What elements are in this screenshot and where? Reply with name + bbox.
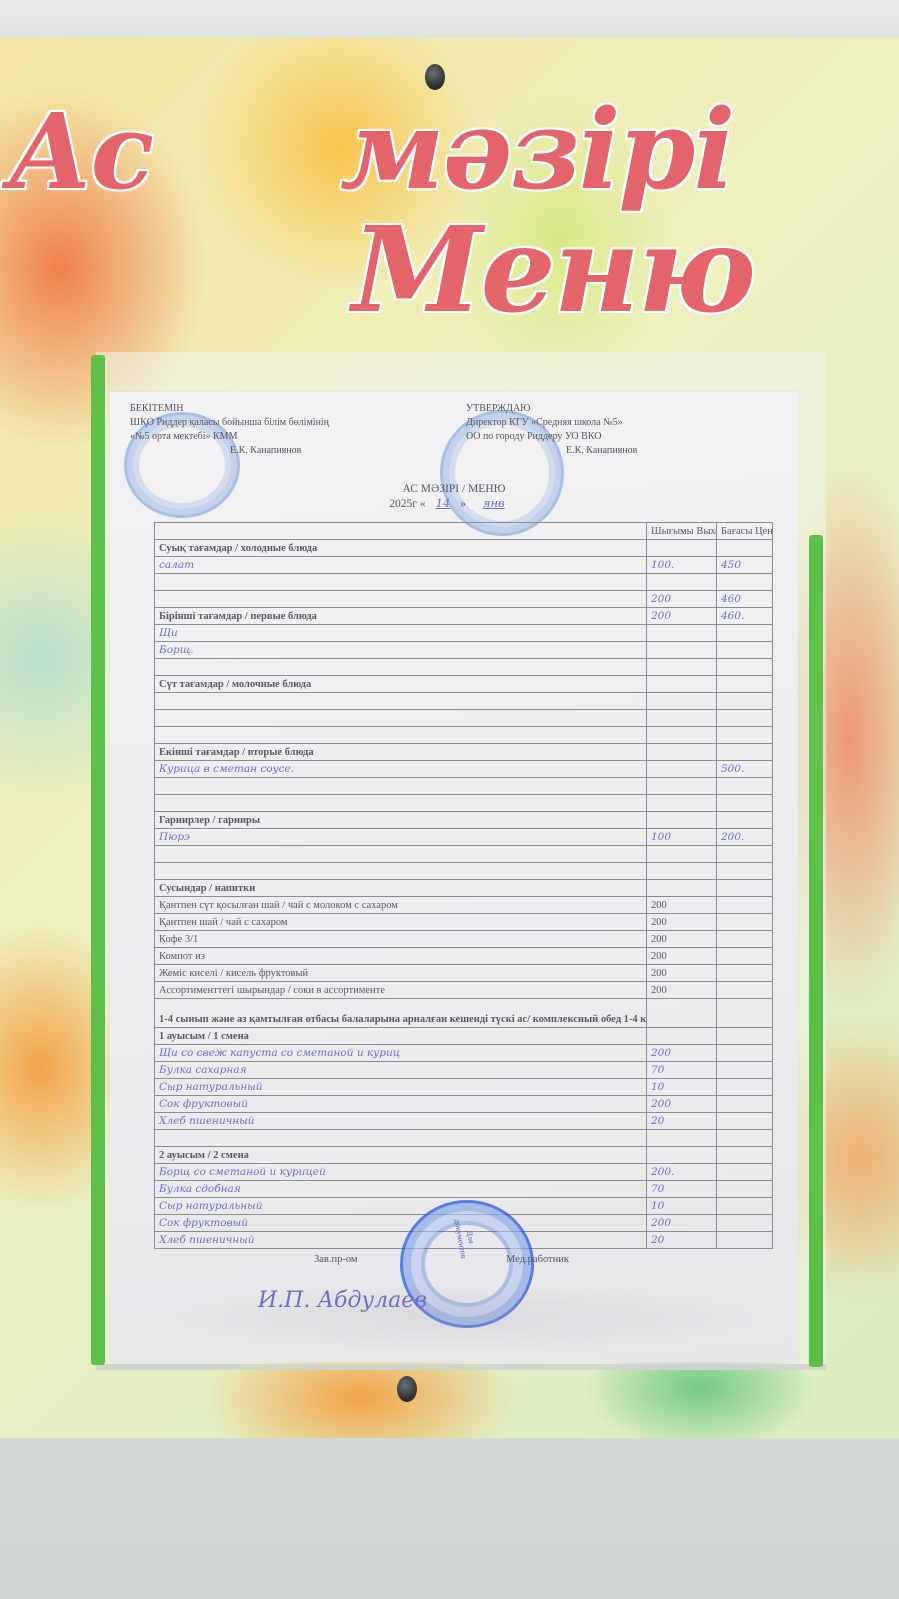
pushpin-bottom (397, 1376, 417, 1402)
dish-name-cell: Қантпен шай / чай с сахаром (155, 914, 647, 931)
table-row: Булка сдобная70 (155, 1181, 773, 1198)
price-cell (717, 625, 773, 642)
dish-name-cell: 2 ауысым / 2 смена (155, 1147, 647, 1164)
price-cell (717, 710, 773, 727)
dish-name-cell: Борщ. (155, 642, 647, 659)
output-cell: 200 (647, 591, 717, 608)
output-cell (647, 795, 717, 812)
poster-title-menu: Меню (352, 200, 754, 339)
dish-name-cell: Кофе 3/1 (155, 931, 647, 948)
dish-name-cell: Булка сдобная (155, 1181, 647, 1198)
price-cell (717, 1181, 773, 1198)
output-cell (647, 1147, 717, 1164)
approval-line: ШҚО Риддер қаласы бойынша білім бөліміні… (130, 416, 390, 430)
table-section-row: Суық тағамдар / холодные блюда (155, 540, 773, 557)
table-section-row: Бірінші тағамдар / первые блюда200460. (155, 608, 773, 625)
output-cell (647, 540, 717, 557)
table-row: Борщ. (155, 642, 773, 659)
price-cell (717, 693, 773, 710)
table-row: Пюрэ100200. (155, 829, 773, 846)
price-cell (717, 1232, 773, 1249)
price-cell (717, 880, 773, 897)
output-cell: 200 (647, 1045, 717, 1062)
output-cell (647, 642, 717, 659)
smudge (150, 1282, 770, 1352)
dish-name-cell: Хлеб пшеничный (155, 1232, 647, 1249)
date-day: 14 (426, 496, 461, 510)
approval-block-right: УТВЕРЖДАЮ Директор КГУ «Средняя школа №5… (466, 402, 726, 458)
table-blank-row (155, 693, 773, 710)
output-cell: 200. (647, 1164, 717, 1181)
poster-title-maziri: мәзірі (340, 85, 733, 214)
dish-name-cell: Сок фруктовый (155, 1096, 647, 1113)
price-cell (717, 897, 773, 914)
output-cell: 10 (647, 1079, 717, 1096)
price-cell (717, 846, 773, 863)
dish-name-cell: Сок фруктовый (155, 1215, 647, 1232)
dish-name-cell: Ассортименттегі шырындар / соки в ассорт… (155, 982, 647, 999)
price-cell (717, 676, 773, 693)
menu-table: Шығымы Выход Бағасы Цена Суық тағамдар /… (154, 522, 773, 1249)
approval-line: Директор КГУ «Средняя школа №5» (466, 416, 726, 430)
output-cell: 200 (647, 1215, 717, 1232)
table-blank-row (155, 778, 773, 795)
price-cell: 500. (717, 761, 773, 778)
output-cell (647, 880, 717, 897)
dish-name-cell: Курица в сметан соусе. (155, 761, 647, 778)
output-cell: 200 (647, 914, 717, 931)
price-cell (717, 1045, 773, 1062)
table-blank-row (155, 1130, 773, 1147)
output-cell: 200 (647, 608, 717, 625)
poster-title-as: Ас (8, 90, 152, 213)
table-section-row: Сүт тағамдар / молочные блюда (155, 676, 773, 693)
price-cell (717, 1079, 773, 1096)
date-month: янв (469, 496, 519, 510)
handwritten-signature: И.П. Абдулаев (258, 1288, 427, 1313)
dish-name-cell (155, 778, 647, 795)
price-cell (717, 982, 773, 999)
price-cell (717, 999, 773, 1028)
dish-name-cell: Щи со свеж капуста со сметаной и куриц (155, 1045, 647, 1062)
column-header-output: Шығымы Выход (647, 523, 717, 540)
dish-name-cell: Борщ со сметаной и курицей (155, 1164, 647, 1181)
table-row: 200460 (155, 591, 773, 608)
dish-name-cell (155, 846, 647, 863)
table-section-row: 1 ауысым / 1 смена (155, 1028, 773, 1045)
dish-name-cell (155, 795, 647, 812)
price-cell: 460. (717, 608, 773, 625)
price-cell (717, 931, 773, 948)
column-header-price: Бағасы Цена (717, 523, 773, 540)
table-blank-row (155, 795, 773, 812)
dish-name-cell: Пюрэ (155, 829, 647, 846)
output-cell (647, 812, 717, 829)
output-cell: 70 (647, 1181, 717, 1198)
dish-name-cell: Сыр натуральный (155, 1079, 647, 1096)
output-cell (647, 761, 717, 778)
table-row: Хлеб пшеничный20 (155, 1113, 773, 1130)
price-cell (717, 812, 773, 829)
table-row: Щи со свеж капуста со сметаной и куриц20… (155, 1045, 773, 1062)
price-cell (717, 744, 773, 761)
dish-name-cell: Сүт тағамдар / молочные блюда (155, 676, 647, 693)
dish-name-cell: 1-4 сынып және аз қамтылған отбасы балал… (155, 999, 647, 1028)
approval-signer: Е.К. Канапиянов (130, 444, 390, 458)
price-cell (717, 1028, 773, 1045)
green-rail-left (91, 355, 105, 1365)
output-cell (647, 863, 717, 880)
dish-name-cell: Жеміс киселі / кисель фруктовый (155, 965, 647, 982)
dish-name-cell (155, 693, 647, 710)
dish-name-cell: Қантпен сүт қосылған шай / чай с молоком… (155, 897, 647, 914)
price-cell (717, 778, 773, 795)
output-cell: 20 (647, 1232, 717, 1249)
table-row: Кофе 3/1200 (155, 931, 773, 948)
dish-name-cell (155, 591, 647, 608)
dish-name-cell: Бірінші тағамдар / первые блюда (155, 608, 647, 625)
output-cell: 200 (647, 897, 717, 914)
table-row: Булка сахарная70 (155, 1062, 773, 1079)
approval-signer: Е.К. Канапиянов (466, 444, 726, 458)
price-cell (717, 1198, 773, 1215)
table-section-row: Гарнирлер / гарниры (155, 812, 773, 829)
output-cell: 200 (647, 982, 717, 999)
price-cell (717, 1096, 773, 1113)
output-cell (647, 676, 717, 693)
output-cell (647, 727, 717, 744)
dish-name-cell: Щи (155, 625, 647, 642)
document-title-block: АС МӘЗІРІ / МЕНЮ 2025г «14» янв (110, 482, 798, 511)
output-cell: 100. (647, 557, 717, 574)
dish-name-cell: Хлеб пшеничный (155, 1113, 647, 1130)
price-cell (717, 1130, 773, 1147)
price-cell (717, 1062, 773, 1079)
output-cell: 200 (647, 948, 717, 965)
price-cell (717, 727, 773, 744)
price-cell (717, 642, 773, 659)
menu-document: БЕКІТЕМІН ШҚО Риддер қаласы бойынша білі… (110, 392, 798, 1362)
output-cell (647, 659, 717, 676)
column-header-dish (155, 523, 647, 540)
table-section-row: Екінші тағамдар / вторые блюда (155, 744, 773, 761)
dish-name-cell: Гарнирлер / гарниры (155, 812, 647, 829)
output-cell (647, 744, 717, 761)
approval-heading: УТВЕРЖДАЮ (466, 402, 726, 416)
price-cell: 460 (717, 591, 773, 608)
price-cell: 450 (717, 557, 773, 574)
dish-name-cell: салат (155, 557, 647, 574)
table-blank-row (155, 710, 773, 727)
dish-name-cell (155, 1130, 647, 1147)
approval-line: ОО по городу Риддеру УО ВКО (466, 430, 726, 444)
table-blank-row (155, 727, 773, 744)
dish-name-cell: Сыр натуральный (155, 1198, 647, 1215)
price-cell (717, 1164, 773, 1181)
price-cell (717, 1147, 773, 1164)
table-row: Қантпен шай / чай с сахаром200 (155, 914, 773, 931)
dish-name-cell (155, 659, 647, 676)
green-rail-right (809, 535, 823, 1367)
table-row: Курица в сметан соусе.500. (155, 761, 773, 778)
footer-label-manager: Зав.пр-ом (314, 1254, 358, 1265)
table-blank-row (155, 863, 773, 880)
price-cell (717, 540, 773, 557)
table-row: Жеміс киселі / кисель фруктовый200 (155, 965, 773, 982)
price-cell (717, 965, 773, 982)
price-cell (717, 863, 773, 880)
output-cell (647, 710, 717, 727)
table-section-row: 2 ауысым / 2 смена (155, 1147, 773, 1164)
dish-name-cell (155, 863, 647, 880)
approval-line: «№5 орта мектебі» КММ (130, 430, 390, 444)
output-cell (647, 1130, 717, 1147)
table-row: салат100.450 (155, 557, 773, 574)
dish-name-cell: 1 ауысым / 1 смена (155, 1028, 647, 1045)
dish-name-cell (155, 574, 647, 591)
table-row: Ассортименттегі шырындар / соки в ассорт… (155, 982, 773, 999)
dish-name-cell: Сусындар / напитки (155, 880, 647, 897)
output-cell: 70 (647, 1062, 717, 1079)
output-cell: 10 (647, 1198, 717, 1215)
price-cell (717, 574, 773, 591)
dish-name-cell (155, 710, 647, 727)
price-cell: 200. (717, 829, 773, 846)
table-blank-row (155, 574, 773, 591)
output-cell (647, 846, 717, 863)
dish-name-cell (155, 727, 647, 744)
output-cell: 20 (647, 1113, 717, 1130)
document-title: АС МӘЗІРІ / МЕНЮ (110, 482, 798, 496)
price-cell (717, 914, 773, 931)
output-cell (647, 778, 717, 795)
price-cell (717, 1113, 773, 1130)
output-cell (647, 999, 717, 1028)
output-cell (647, 574, 717, 591)
table-row: Сок фруктовый200 (155, 1096, 773, 1113)
table-blank-row (155, 846, 773, 863)
price-cell (717, 1215, 773, 1232)
dish-name-cell: Екінші тағамдар / вторые блюда (155, 744, 647, 761)
table-row: Қантпен сүт қосылған шай / чай с молоком… (155, 897, 773, 914)
document-date: 2025г «14» янв (110, 496, 798, 511)
table-blank-row (155, 659, 773, 676)
table-section-row: Сусындар / напитки (155, 880, 773, 897)
dish-name-cell: Суық тағамдар / холодные блюда (155, 540, 647, 557)
footer-label-medic: Мед.работник (506, 1254, 569, 1265)
table-section-row: 1-4 сынып және аз қамтылған отбасы балал… (155, 999, 773, 1028)
output-cell: 200 (647, 931, 717, 948)
table-row: Компот из200 (155, 948, 773, 965)
table-row: Борщ со сметаной и курицей200. (155, 1164, 773, 1181)
price-cell (717, 659, 773, 676)
approval-heading: БЕКІТЕМІН (130, 402, 390, 416)
table-header-row: Шығымы Выход Бағасы Цена (155, 523, 773, 540)
dish-name-cell: Компот из (155, 948, 647, 965)
output-cell (647, 1028, 717, 1045)
table-row: Сыр натуральный10 (155, 1079, 773, 1096)
dish-name-cell: Булка сахарная (155, 1062, 647, 1079)
output-cell: 200 (647, 965, 717, 982)
price-cell (717, 795, 773, 812)
price-cell (717, 948, 773, 965)
approval-block-left: БЕКІТЕМІН ШҚО Риддер қаласы бойынша білі… (130, 402, 390, 458)
output-cell (647, 693, 717, 710)
output-cell: 100 (647, 829, 717, 846)
output-cell (647, 625, 717, 642)
output-cell: 200 (647, 1096, 717, 1113)
table-row: Щи (155, 625, 773, 642)
